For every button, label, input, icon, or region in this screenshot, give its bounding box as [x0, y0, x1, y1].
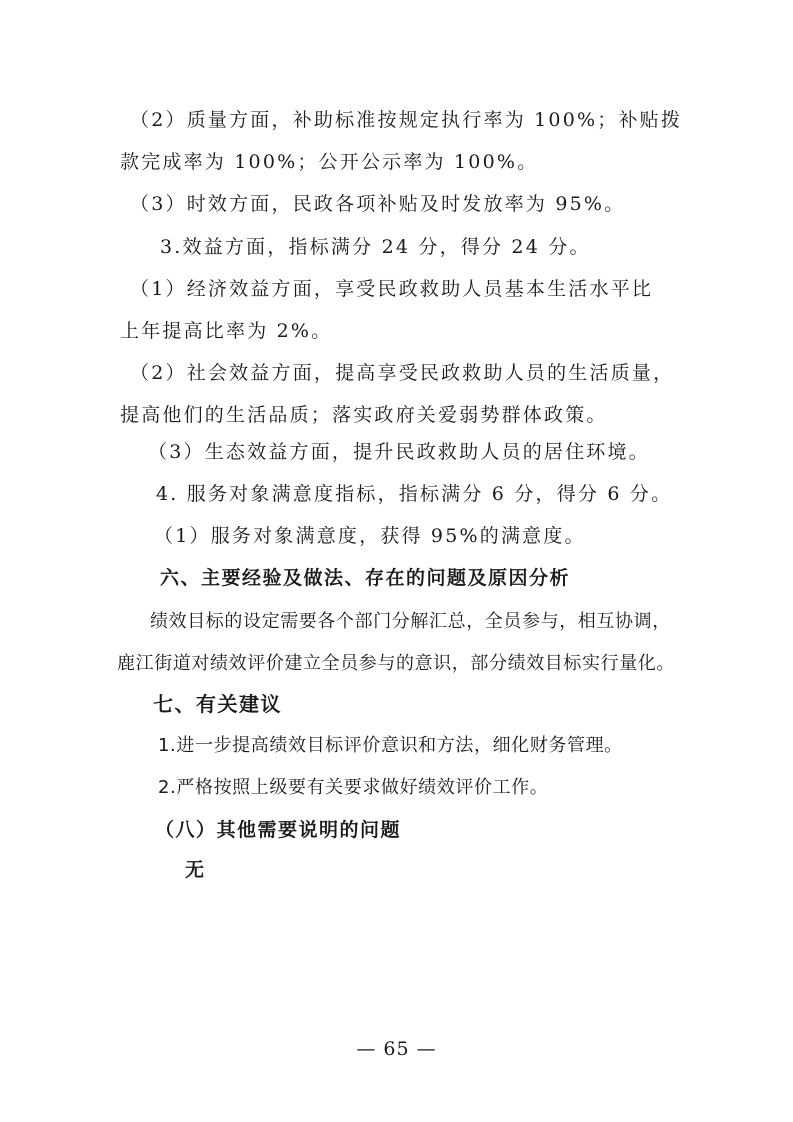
section-6-line2: 鹿江街道对绩效评价建立全员参与的意识，部分绩效目标实行量化。 [117, 652, 675, 676]
heading-section-8: （八）其他需要说明的问题 [155, 818, 401, 842]
section-8-text: 无 [185, 858, 206, 882]
paragraph-social-line2: 提高他们的生活品质；落实政府关爱弱势群体政策。 [120, 403, 608, 427]
paragraph-economic-line1: （1）经济效益方面，享受民政救助人员基本生活水平比 [130, 277, 653, 301]
paragraph-economic-line2: 上年提高比率为 2%。 [120, 319, 332, 343]
paragraph-social-line1: （2）社会效益方面，提高享受民政救助人员的生活质量， [130, 361, 674, 385]
paragraph-satisfaction-score: 4. 服务对象满意度指标，指标满分 6 分，得分 6 分。 [156, 482, 672, 506]
paragraph-ecological: （3）生态效益方面，提升民政救助人员的居住环境。 [148, 440, 650, 464]
paragraph-quality-line2: 款完成率为 100%；公开公示率为 100%。 [120, 150, 538, 174]
paragraph-quality-line1: （2）质量方面，补助标准按规定执行率为 100%；补贴拨 [130, 108, 682, 132]
section-6-line1: 绩效目标的设定需要各个部门分解汇总，全员参与，相互协调， [150, 610, 671, 634]
suggestion-item-1: 1.进一步提高绩效目标评价意识和方法，细化财务管理。 [158, 734, 623, 758]
heading-section-6: 六、主要经验及做法、存在的问题及原因分析 [160, 566, 570, 590]
suggestion-item-2: 2.严格按照上级要有关要求做好绩效评价工作。 [158, 776, 548, 800]
paragraph-timeliness: （3）时效方面，民政各项补贴及时发放率为 95%。 [130, 192, 625, 216]
paragraph-benefit-score: 3.效益方面，指标满分 24 分，得分 24 分。 [160, 235, 591, 259]
paragraph-satisfaction-rate: （1）服务对象满意度，获得 95%的满意度。 [154, 524, 586, 548]
heading-section-7: 七、有关建议 [153, 692, 282, 716]
page-number: — 65 — [0, 1038, 793, 1060]
